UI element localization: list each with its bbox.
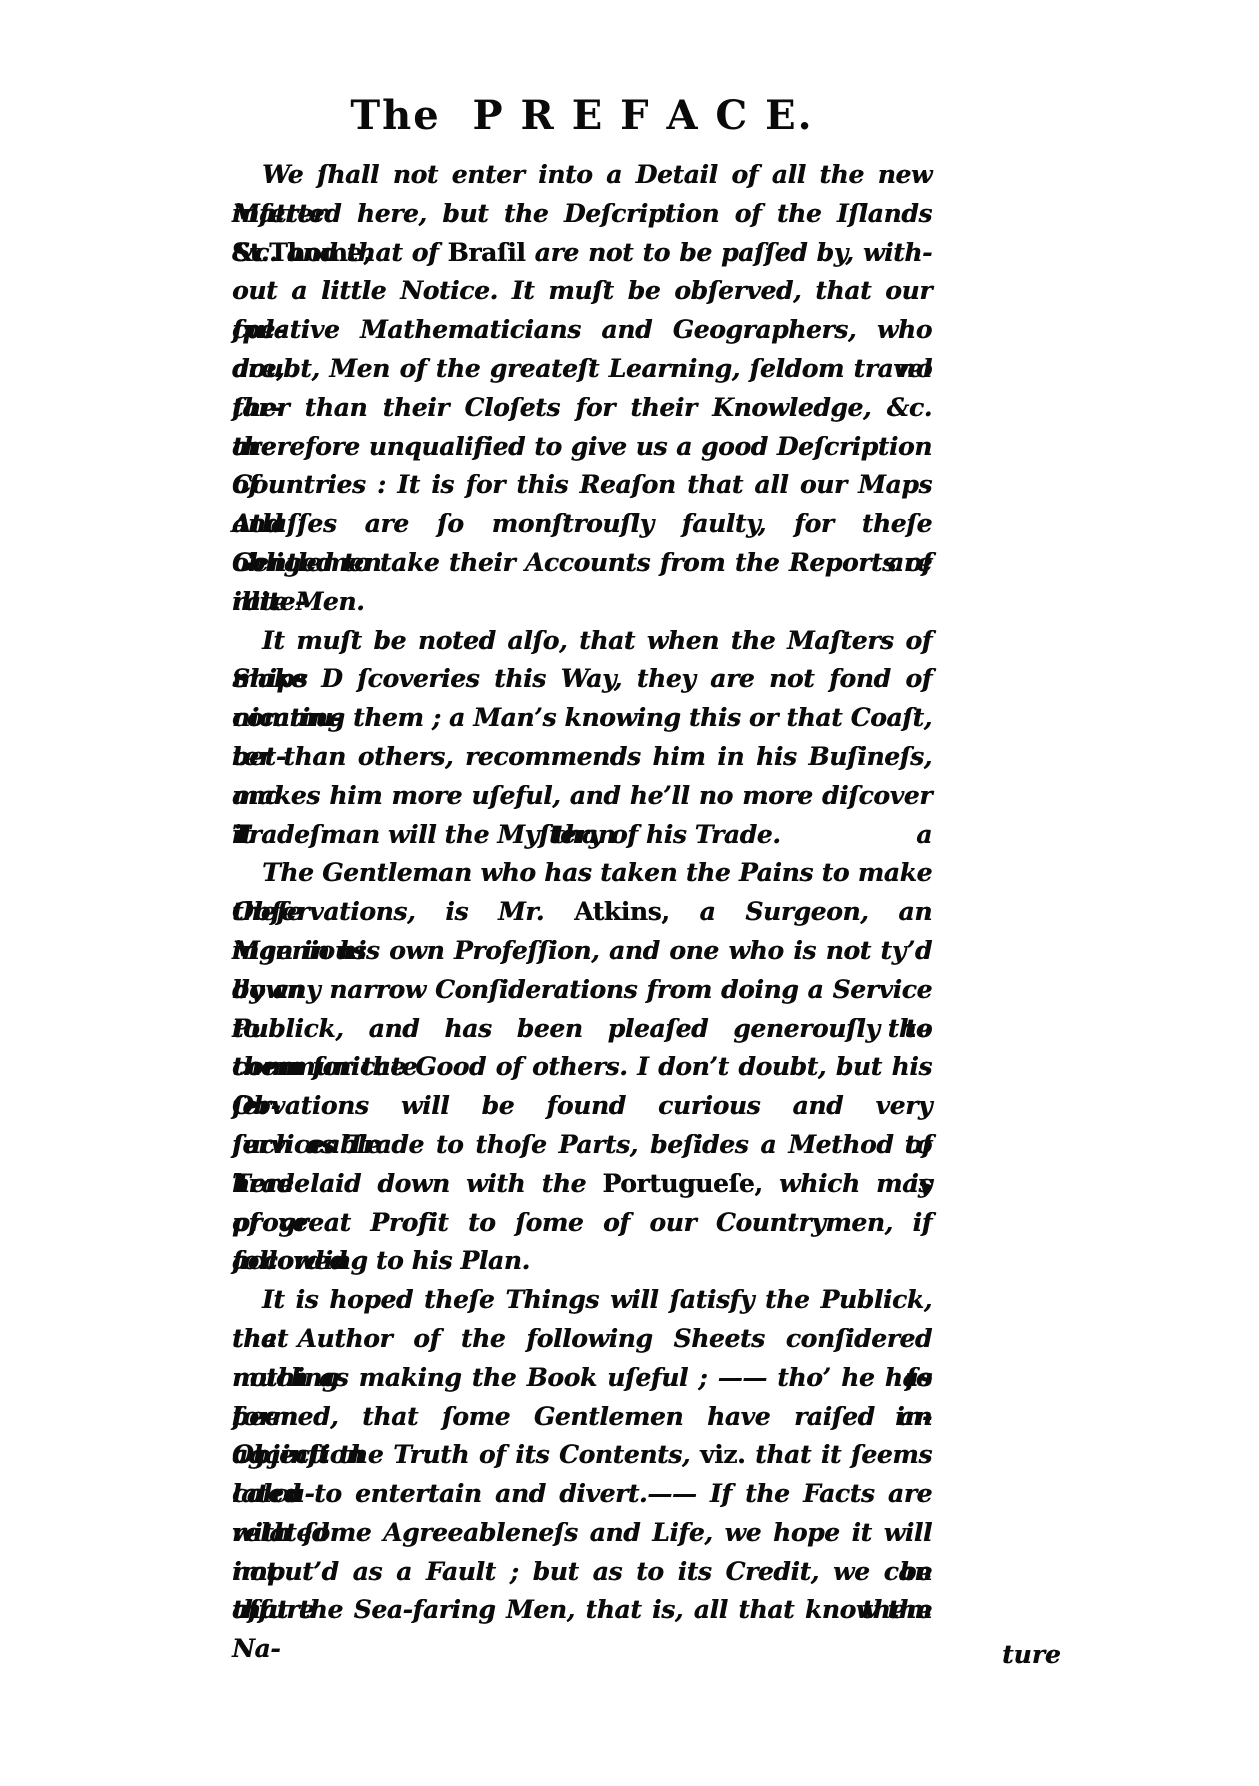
text-line: them for the Good of others. I don’t dou… (232, 1048, 932, 1087)
italic-text-segment: &c. and that of (232, 238, 448, 267)
page-title: The P R E F A C E. (232, 92, 932, 139)
text-line: by any narrow Conſiderations from doing … (232, 971, 932, 1010)
italic-text-segment: here laid down with the (232, 1169, 602, 1198)
text-line: formed, that ſome Gentlemen have raiſed … (232, 1398, 932, 1437)
text-line: Obſervations, is Mr. Atkins, a Surgeon, … (232, 893, 932, 932)
italic-text-segment: againſt the Truth of its Contents, (232, 1440, 700, 1469)
roman-text-segment: Braſil (448, 238, 526, 267)
text-line: obliged to take their Accounts from the … (232, 544, 932, 583)
paragraph: It is hoped theſe Things will ſatisfy th… (232, 1281, 932, 1630)
roman-text-segment: viz. (700, 1440, 745, 1469)
text-line: imput’d as a Fault ; but as to its Credi… (232, 1553, 932, 1592)
text-line: with ſome Agreeableneſs and Life, we hop… (232, 1514, 932, 1553)
text-line: The Gentleman who has taken the Pains to… (232, 854, 932, 893)
italic-text-segment: that the Sea-faring Men, that is, all th… (232, 1595, 932, 1663)
italic-text-segment: Obſervations, is Mr. (232, 897, 574, 926)
catchword: ture (1002, 1640, 1061, 1669)
italic-text-segment: rate Men. (232, 587, 364, 616)
paragraph: We ſhall not enter into a Detail of all … (232, 156, 932, 622)
text-line: ther than their Cloſets for their Knowle… (232, 389, 932, 428)
text-line: here laid down with the Portugueſe, whic… (232, 1165, 932, 1204)
text-line: lated to entertain and divert.—— If the … (232, 1475, 932, 1514)
italic-text-segment: inſerted here, but the Deſcription of th… (232, 199, 932, 228)
text-block: We ſhall not enter into a Detail of all … (232, 156, 932, 1630)
text-line: inſerted here, but the Deſcription of th… (232, 195, 932, 234)
text-line: We ſhall not enter into a Detail of all … (232, 156, 932, 195)
text-line: make D ſcoveries this Way, they are not … (232, 660, 932, 699)
text-line: againſt the Truth of its Contents, viz. … (232, 1436, 932, 1475)
italic-text-segment: according to his Plan. (232, 1246, 530, 1275)
text-line: It muſt be noted alſo, that when the Maſ… (232, 622, 932, 661)
text-line: nicating them ; a Man’s knowing this or … (232, 699, 932, 738)
paragraph: The Gentleman who has taken the Pains to… (232, 854, 932, 1281)
italic-text-segment: Tradeſman will the Myſtery of his Trade. (232, 820, 781, 849)
text-line: Atlaſſes are ſo monſtrouſly faulty, for … (232, 505, 932, 544)
paragraph: It muſt be noted alſo, that when the Maſ… (232, 622, 932, 855)
text-line: Man in his own Profeſſion, and one who i… (232, 932, 932, 971)
text-line: much as making the Book uſeful ; —— tho’… (232, 1359, 932, 1398)
text-line: ſuch as Trade to thoſe Parts, beſides a … (232, 1126, 932, 1165)
text-line: makes him more uſeful, and he’ll no more… (232, 777, 932, 816)
text-line: according to his Plan. (232, 1242, 932, 1281)
text-line: ſervations will be found curious and ver… (232, 1087, 932, 1126)
text-line: of great Profit to ſome of our Countryme… (232, 1204, 932, 1243)
preface-page: The P R E F A C E. We ſhall not enter in… (0, 0, 1259, 1786)
text-line: rate Men. (232, 583, 932, 622)
roman-text-segment: Portugueſe, (602, 1169, 762, 1198)
roman-text-segment: Atkins, (574, 897, 669, 926)
text-line: Countries : It is for this Reaſon that a… (232, 466, 932, 505)
text-line: the Author of the following Sheets conſi… (232, 1320, 932, 1359)
text-line: ter than others, recommends him in his B… (232, 738, 932, 777)
text-line: Publick, and has been pleaſed generouſly… (232, 1010, 932, 1049)
text-line: out a little Notice. It muſt be obſerved… (232, 272, 932, 311)
italic-text-segment: are not to be paſſed by, with- (525, 238, 932, 267)
text-line: therefore unqualified to give us a good … (232, 428, 932, 467)
text-line: that the Sea-faring Men, that is, all th… (232, 1591, 932, 1630)
text-line: It is hoped theſe Things will ſatisfy th… (232, 1281, 932, 1320)
text-line: doubt, Men of the greateſt Learning, ſel… (232, 350, 932, 389)
text-line: &c. and that of Braſil are not to be paſ… (232, 234, 932, 273)
text-line: culative Mathematicians and Geographers,… (232, 311, 932, 350)
